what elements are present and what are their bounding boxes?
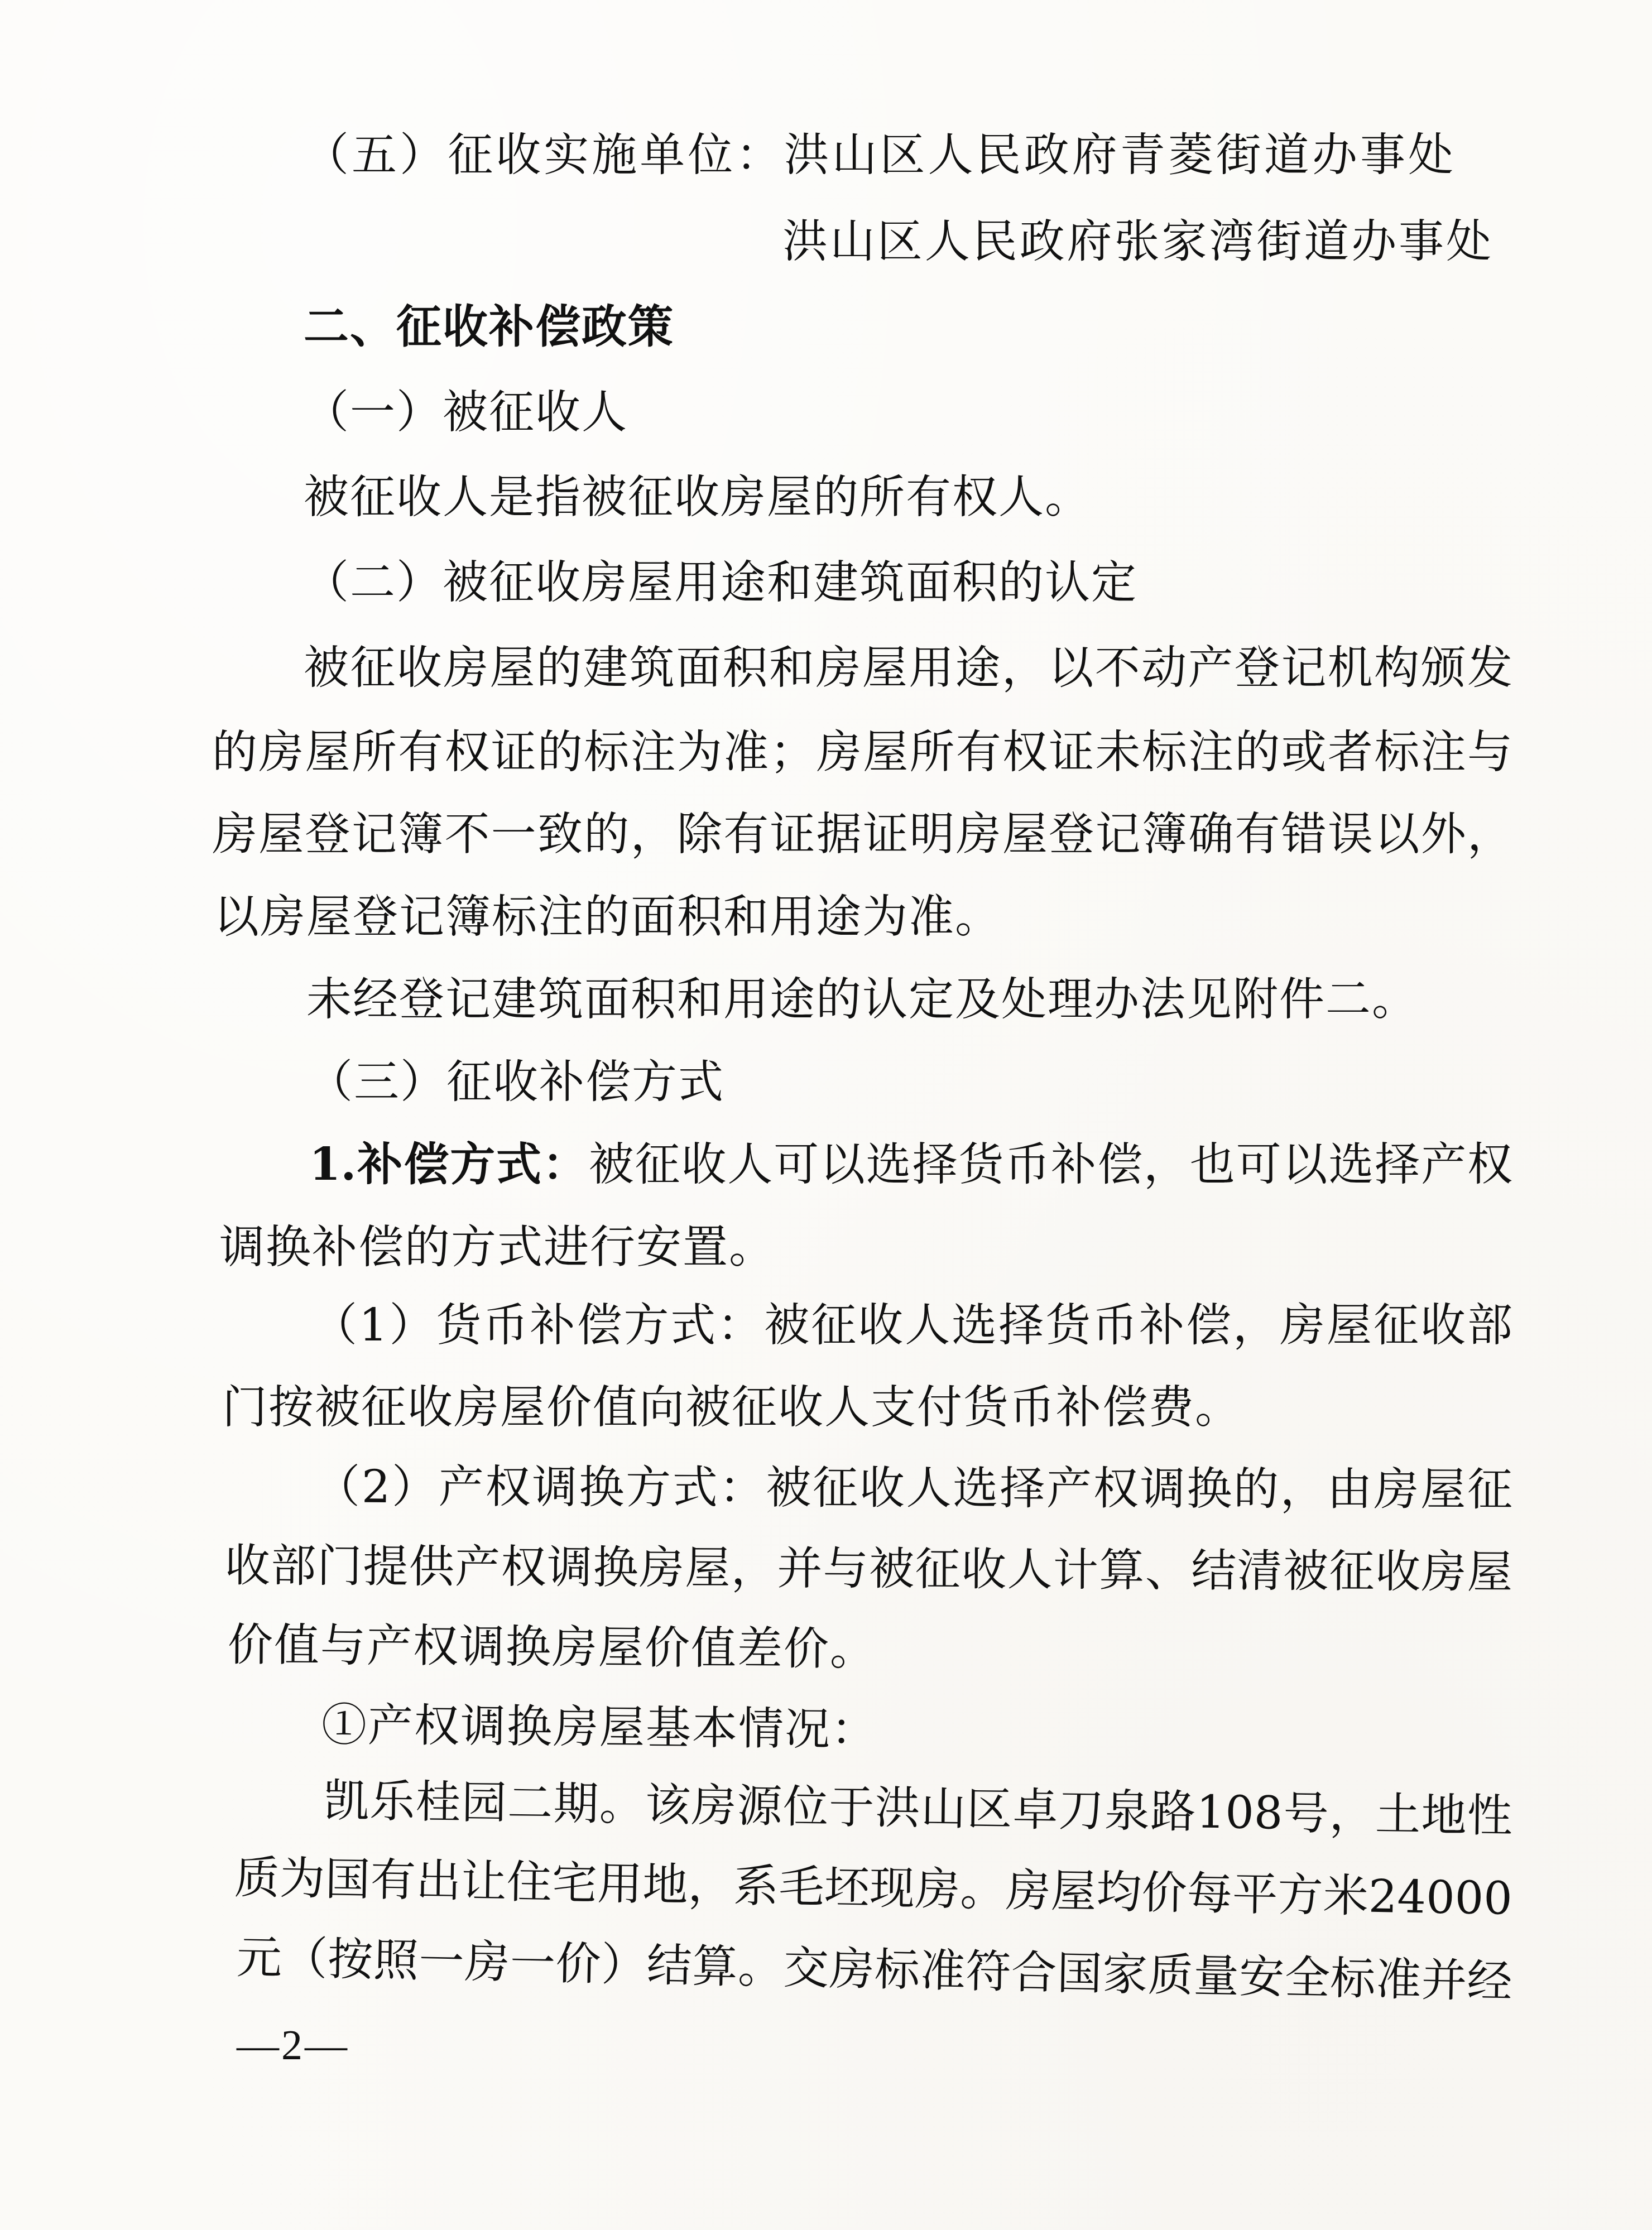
paragraph-line: 价值与产权调换房屋价值差价。 <box>228 1622 877 1672</box>
paragraph-line: 凯乐桂园二期。该房源位于洪山区卓刀泉路108号，土地性 <box>232 1777 1512 1839</box>
paragraph-line: 门按被征收房屋价值向被征收人支付货币补偿费。 <box>222 1385 1241 1430</box>
paragraph-line: 未经登记建筑面积和用途的认定及处理办法见附件二。 <box>215 977 1418 1022</box>
section-title: 二、征收补偿政策 <box>212 304 674 350</box>
paragraph-line: 被征收人是指被征收房屋的所有权人。 <box>212 474 1091 520</box>
subsection-title-2: （二）被征收房屋用途和建筑面积的认定 <box>212 560 1137 605</box>
subsection-title-1: （一）被征收人 <box>212 390 628 435</box>
paragraph-line: 的房屋所有权证的标注为准；房屋所有权证未标注的或者标注与 <box>212 729 1512 775</box>
implementing-units-line: （五）征收实施单位：洪山区人民政府青菱街道办事处 <box>212 132 1453 178</box>
paragraph-line: 以房屋登记簿标注的面积和用途为准。 <box>214 894 1001 940</box>
compensation-method-text: 被征收人可以选择货币补偿，也可以选择产权 <box>589 1138 1512 1191</box>
exchange-housing-title: ①产权调换房屋基本情况： <box>230 1702 878 1753</box>
paragraph-line: 元（按照一房一价）结算。交房标准符合国家质量安全标准并经 <box>236 1935 1512 2005</box>
page-number: —2— <box>237 2024 349 2066</box>
property-exchange-line: （2）产权调换方式：被征收人选择产权调换的，由房屋征 <box>223 1464 1512 1513</box>
implementing-units-label: （五）征收实施单位： <box>304 129 784 181</box>
paragraph-line: 房屋登记簿不一致的，除有证据证明房屋登记簿确有错误以外， <box>212 811 1512 857</box>
paragraph-line: 调换补偿的方式进行安置。 <box>219 1224 775 1270</box>
paragraph-line: 质为国有出让住宅用地，系毛坯现房。房屋均价每平方米24000 <box>234 1855 1512 1922</box>
compensation-method-label: 1.补偿方式： <box>309 1138 589 1191</box>
paragraph-line: 收部门提供产权调换房屋，并与被征收人计算、结清被征收房屋 <box>225 1543 1512 1595</box>
document-page: （五）征收实施单位：洪山区人民政府青菱街道办事处 洪山区人民政府张家湾街道办事处… <box>0 0 1652 2230</box>
paragraph-line: 被征收房屋的建筑面积和房屋用途，以不动产登记机构颁发 <box>212 645 1512 691</box>
subsection-title-3: （三）征收补偿方式 <box>216 1059 724 1105</box>
monetary-compensation-line: （1）货币补偿方式：被征收人选择货币补偿，房屋征收部 <box>220 1303 1512 1348</box>
implementing-unit-1: 洪山区人民政府青菱街道办事处 <box>784 129 1453 181</box>
implementing-unit-2: 洪山区人民政府张家湾街道办事处 <box>782 219 1491 265</box>
compensation-method-line: 1.补偿方式：被征收人可以选择货币补偿，也可以选择产权 <box>218 1142 1512 1188</box>
